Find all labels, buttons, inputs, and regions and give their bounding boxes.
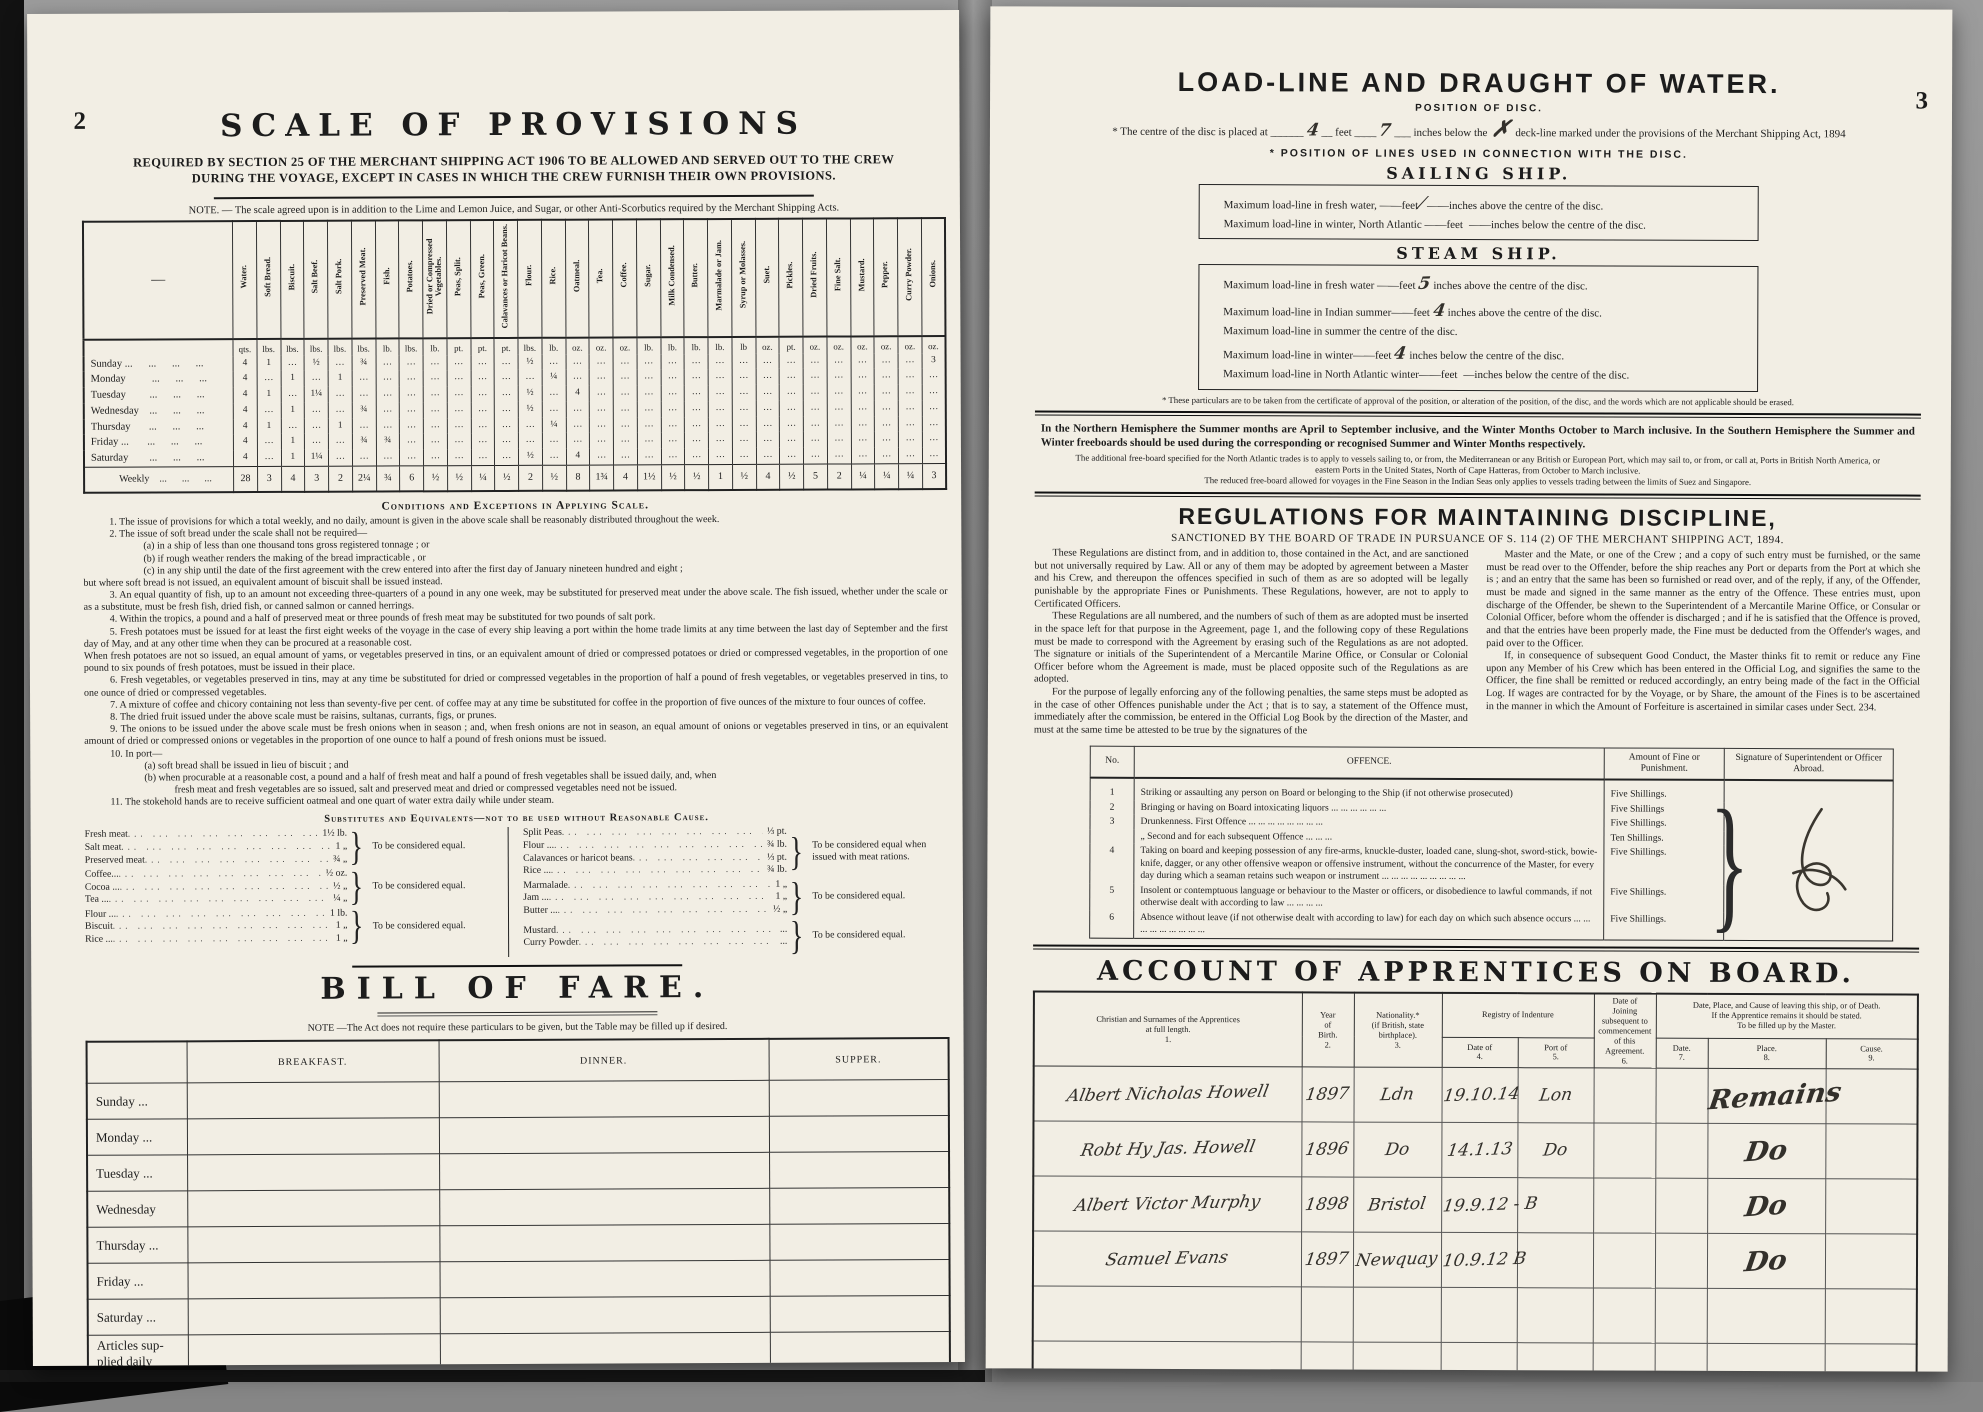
provision-cell: … xyxy=(779,401,803,417)
fine-amount: Five Shillings. xyxy=(1604,912,1724,940)
apprentice-birth-year xyxy=(1301,1287,1353,1342)
provision-cell: … xyxy=(352,371,376,387)
bill-of-fare-table: BREAKFAST. DINNER. SUPPER. Sunday ... xyxy=(86,1037,951,1366)
provision-column-label: Salt Beef. xyxy=(311,260,320,294)
apprentice-nationality xyxy=(1353,1343,1441,1372)
weekly-total-cell: 2 xyxy=(827,464,851,490)
bill-day-label: Friday ... xyxy=(88,1263,188,1299)
provision-cell: … xyxy=(637,354,661,370)
provision-cell: 1 xyxy=(257,387,281,403)
leave-date xyxy=(1655,1344,1707,1372)
provision-column-label: Oatmeal. xyxy=(573,259,582,292)
condition-paragraph: 9. The onions to be issued under the abo… xyxy=(84,720,948,748)
provision-unit-cell: lb. xyxy=(684,337,708,354)
substitute-value: ¾ lb. xyxy=(763,864,787,877)
offence-number: 2 xyxy=(1090,801,1134,816)
substitute-item: Marmalade1 „ xyxy=(523,878,787,892)
provision-cell: … xyxy=(922,416,946,432)
provision-cell: … xyxy=(423,449,447,465)
page-loadline-discipline-apprentices: 3 LOAD-LINE AND DRAUGHT OF WATER. POSITI… xyxy=(986,6,1953,1371)
substitute-item: Fresh meat1½ lb. xyxy=(85,828,348,842)
loadline-text: Maximum load-line in Indian summer——feet xyxy=(1223,306,1430,319)
provision-cell: 1 xyxy=(328,418,352,434)
leave-place: Do xyxy=(1707,1234,1825,1289)
provision-cell: … xyxy=(494,386,518,402)
provision-cell: … xyxy=(756,353,780,369)
breakfast-entry-cell xyxy=(187,1154,439,1191)
provision-cell: … xyxy=(661,448,685,464)
provision-cell: … xyxy=(756,448,780,464)
provision-cell: … xyxy=(328,403,352,419)
provision-cell: … xyxy=(352,418,376,434)
handwritten-name: Robt Hy Jas. Howell xyxy=(1079,1137,1257,1161)
substitute-value: 1½ lb. xyxy=(318,828,347,841)
weekly-total-cell: 2 xyxy=(519,465,543,491)
bill-of-fare-row: Saturday ... xyxy=(88,1296,950,1336)
weekly-total-cell: 6 xyxy=(400,466,424,492)
bill-of-fare-row: Wednesday xyxy=(87,1188,949,1228)
condition-paragraph: 3. An equal quantity of fish, up to an a… xyxy=(84,586,948,614)
provision-cell: … xyxy=(352,387,376,403)
provision-cell: … xyxy=(756,432,780,448)
handwritten-value: 4 xyxy=(1428,297,1450,324)
leave-cause-header: Cause. 9. xyxy=(1826,1038,1918,1069)
provision-cell: … xyxy=(257,434,281,450)
substitute-name: Calavances or haricot beans xyxy=(523,852,633,865)
apprentice-row xyxy=(1033,1286,1917,1344)
page-number: 2 xyxy=(73,108,86,136)
loadline-text: Maximum load-line in winter, North Atlan… xyxy=(1224,218,1463,231)
date-of-joining-header: Date of Joining subsequent to commenceme… xyxy=(1594,994,1656,1069)
substitute-item: Butter ...½ „ xyxy=(523,903,787,917)
indenture-port xyxy=(1517,1288,1593,1343)
loadline-text: inches below the centre of the disc. xyxy=(1409,350,1564,363)
loadline-text: Maximum load-line in fresh water, ——feet xyxy=(1224,199,1418,212)
provision-cell: … xyxy=(613,449,637,465)
regulations-paragraph: Master and the Mate, or one of the Crew … xyxy=(1486,549,1920,652)
loadline-text: —inches below the centre of the disc. xyxy=(1463,369,1629,382)
bill-of-fare-section: BILL OF FARE. NOTE —The Act does not req… xyxy=(85,969,951,1366)
indenture-port xyxy=(1517,1343,1593,1372)
handwritten-inches-value: 7 xyxy=(1375,120,1396,141)
substitute-name: Split Peas xyxy=(523,827,562,840)
provision-column-header: Flour. xyxy=(517,219,541,337)
substitute-name: Cocoa ... xyxy=(85,881,120,894)
offence-description: Absence without leave (if not otherwise … xyxy=(1134,911,1604,940)
book-left-edge xyxy=(0,0,24,1382)
apprentice-name: Robt Hy Jas. Howell xyxy=(1033,1121,1301,1177)
provision-cell: 1 xyxy=(281,371,305,387)
provision-cell: ¼ xyxy=(542,417,566,433)
handwritten-date: 19.9.12 - B xyxy=(1441,1194,1538,1217)
equivalence-note: To be considered equal. xyxy=(806,929,949,941)
units-row-label xyxy=(83,339,233,357)
indenture-date: 14.1.13 xyxy=(1441,1123,1517,1178)
substitute-name: Coffee... xyxy=(85,869,119,882)
provision-cell: … xyxy=(376,450,400,466)
provision-cell: … xyxy=(780,416,804,432)
provision-cell: … xyxy=(685,417,709,433)
leave-place xyxy=(1707,1344,1825,1372)
dinner-entry-cell xyxy=(439,1152,769,1189)
conditions-section: Conditions and Exceptions in Applying Sc… xyxy=(83,498,948,809)
meal-column-header: DINNER. xyxy=(439,1039,769,1082)
provision-cell: … xyxy=(376,402,400,418)
provision-unit-cell: oz. xyxy=(589,337,613,354)
provision-cell: … xyxy=(661,417,685,433)
provision-cell: … xyxy=(827,432,851,448)
provision-column-label: Milk Condensed. xyxy=(668,245,677,305)
substitute-name: Flour ... xyxy=(85,908,116,921)
provision-cell: … xyxy=(851,385,875,401)
provision-cell: … xyxy=(922,368,946,384)
apprentice-name: Samuel Evans xyxy=(1033,1231,1301,1287)
provision-column-header: Salt Beef. xyxy=(304,220,328,338)
indenture-port xyxy=(1517,1233,1593,1288)
day-label: Thursday ... ... ... xyxy=(84,419,234,435)
apprentice-row xyxy=(1033,1341,1917,1371)
centre-text: __ feet ____ xyxy=(1321,126,1376,138)
provision-unit-cell: lb. xyxy=(637,337,661,354)
substitute-name: Rice ... xyxy=(523,865,551,878)
provision-cell: … xyxy=(803,353,827,369)
day-label: Friday ... ... ... ... xyxy=(84,435,234,451)
substitute-item: Calavances or haricot beans⅓ pt. xyxy=(523,851,787,865)
signature-header: Signature of Superintendent or Officer A… xyxy=(1724,748,1893,781)
indenture-date: 19.9.12 - B xyxy=(1441,1178,1517,1233)
provision-unit-cell: pt. xyxy=(494,337,518,354)
dinner-entry-cell xyxy=(439,1188,769,1225)
apprentices-table: Christian and Surnames of the Apprentice… xyxy=(1032,991,1919,1372)
signature-cell xyxy=(1724,780,1893,803)
provision-column-label: Flour. xyxy=(525,265,534,286)
provision-column-label: Pepper. xyxy=(881,261,890,288)
provision-cell: … xyxy=(874,384,898,400)
provision-column-label: Calavances or Haricot Beans. xyxy=(501,224,510,329)
provision-unit-cell: lb. xyxy=(375,338,399,355)
supper-entry-cell xyxy=(770,1260,950,1297)
loadline-footnote: * These particulars are to be taken from… xyxy=(1035,394,1921,407)
provision-cell: … xyxy=(281,387,305,403)
provision-cell: ½ xyxy=(518,386,542,402)
provision-cell: … xyxy=(376,355,400,371)
supper-entry-cell xyxy=(770,1296,950,1333)
substitute-item: Split Peas⅓ pt. xyxy=(523,826,787,840)
provision-column-label: Coffee. xyxy=(620,263,629,288)
apprentice-nationality: Do xyxy=(1353,1123,1441,1178)
handwritten-port: Lon xyxy=(1538,1085,1574,1106)
fine-header: Amount of Fine or Punishment. xyxy=(1604,748,1724,781)
centre-text: deck-line marked under the provisions of… xyxy=(1513,127,1846,140)
provision-cell: … xyxy=(305,434,329,450)
loadline-text: inches above the centre of the disc. xyxy=(1433,280,1587,293)
provision-cell: … xyxy=(661,401,685,417)
dot-leader xyxy=(121,841,331,854)
date-of-joining xyxy=(1593,1123,1655,1178)
substitute-value: 1 „ xyxy=(332,932,348,945)
leave-date xyxy=(1655,1124,1707,1179)
provision-cell: … xyxy=(922,431,946,447)
provision-cell: … xyxy=(803,416,827,432)
bill-of-fare-row: Monday ... xyxy=(87,1116,949,1156)
handwritten-feet-value: 4 xyxy=(1302,120,1323,141)
weekly-total-cell: ¼ xyxy=(875,464,899,490)
dot-leader xyxy=(549,891,772,905)
provision-cell: … xyxy=(447,434,471,450)
provisions-header-row: — Water. Soft Bread. Biscuit. Salt Beef.… xyxy=(83,218,946,340)
provision-unit-cell: oz. xyxy=(827,336,851,353)
loadline-entry: Maximum load-line in winter——feet4inches… xyxy=(1223,340,1733,368)
substitute-value: ⅓ pt. xyxy=(763,851,787,864)
bill-day-label: Monday ... xyxy=(87,1119,187,1155)
apprentice-row: Albert Victor Murphy 1898 Bristol 19.9.1… xyxy=(1033,1176,1917,1234)
weekly-total-cell: ¼ xyxy=(471,465,495,491)
offence-number: 1 xyxy=(1090,778,1134,801)
substitute-value: ½ oz. xyxy=(322,868,348,881)
steam-ship-box: Maximum load-line in fresh water ——feet5… xyxy=(1198,264,1758,391)
fine-amount: Five Shillings. xyxy=(1604,780,1724,803)
offence-table-wrap: No. OFFENCE. Amount of Fine or Punishmen… xyxy=(1089,745,1894,941)
provisions-corner-cell: — xyxy=(83,221,233,340)
provision-cell: … xyxy=(590,433,614,449)
substitute-name: Biscuit xyxy=(85,921,113,934)
provision-cell: … xyxy=(376,371,400,387)
substitute-name: Tea ... xyxy=(85,894,109,907)
day-label: Wednesday ... ... ... xyxy=(84,403,234,419)
provision-cell: … xyxy=(708,448,732,464)
provision-cell: … xyxy=(684,385,708,401)
provision-cell: 4 xyxy=(233,387,257,403)
handwritten-name: Albert Victor Murphy xyxy=(1073,1192,1262,1216)
provision-column-header: Water. xyxy=(232,221,256,339)
breakfast-entry-cell xyxy=(188,1262,440,1299)
weekly-total-cell: ½ xyxy=(661,465,685,491)
supper-entry-cell xyxy=(769,1224,949,1261)
loadline-title: LOAD-LINE AND DRAUGHT OF WATER. xyxy=(1036,66,1922,100)
provision-column-label: Sugar. xyxy=(644,264,653,287)
bill-of-fare-row: Thursday ... xyxy=(87,1224,949,1264)
regulations-right-column: Master and the Mate, or one of the Crew … xyxy=(1486,549,1921,740)
provision-cell: … xyxy=(328,387,352,403)
apprentice-nationality: Bristol xyxy=(1353,1178,1441,1233)
provision-cell: … xyxy=(542,386,566,402)
provision-cell: … xyxy=(447,355,471,371)
fine-amount: Five Shillings. xyxy=(1604,817,1724,832)
offence-description: „ Second and for each subsequent Offence… xyxy=(1134,830,1604,846)
provision-cell: … xyxy=(732,432,756,448)
provision-cell: … xyxy=(922,447,946,463)
dot-leader xyxy=(116,907,326,920)
names-header: Christian and Surnames of the Apprentice… xyxy=(1034,992,1302,1068)
indenture-port: Lon xyxy=(1517,1068,1593,1123)
provision-cell: … xyxy=(423,371,447,387)
dot-leader xyxy=(558,903,769,916)
provision-cell: … xyxy=(495,449,519,465)
dot-leader xyxy=(562,826,763,839)
provision-column-label: Suet. xyxy=(763,266,772,284)
provision-cell: … xyxy=(613,386,637,402)
provision-cell: … xyxy=(257,450,281,466)
conditions-heading: Conditions and Exceptions in Applying Sc… xyxy=(83,498,947,514)
signature-flourish xyxy=(1773,803,1853,933)
provision-cell: … xyxy=(471,370,495,386)
nationality-header: Nationality.* (if British, state birthpl… xyxy=(1354,993,1442,1068)
provision-column-label: Peas, Green. xyxy=(478,254,487,298)
offence-description: Bringing or having on Board intoxicating… xyxy=(1134,801,1604,817)
provision-cell: … xyxy=(423,386,447,402)
position-of-lines-heading: * POSITION OF LINES USED IN CONNECTION W… xyxy=(1036,146,1922,161)
registry-date-header: Date of 4. xyxy=(1442,1037,1518,1068)
provision-cell: … xyxy=(518,370,542,386)
provision-cell: … xyxy=(590,449,614,465)
divider-rule xyxy=(1035,410,1921,419)
provision-cell: … xyxy=(637,433,661,449)
provision-column-header: Onions. xyxy=(921,218,945,336)
provision-cell: … xyxy=(875,432,899,448)
provision-column-label: Fish. xyxy=(383,268,392,285)
offence-description: Taking on board and keeping possession o… xyxy=(1134,844,1604,885)
provision-column-label: Biscuit. xyxy=(288,264,297,291)
apprentice-name: Albert Victor Murphy xyxy=(1033,1176,1301,1232)
provision-column-label: Pickles. xyxy=(786,261,795,288)
handwritten-port: Do xyxy=(1542,1140,1569,1161)
substitute-item: Tea ...¼ „ xyxy=(85,893,348,907)
weekly-total-cell: ¼ xyxy=(899,464,923,490)
provision-cell: … xyxy=(423,402,447,418)
provision-unit-cell: oz. xyxy=(755,336,779,353)
substitute-item: Cocoa ...½ „ xyxy=(85,880,348,894)
provision-cell: … xyxy=(399,387,423,403)
weekly-total-cell: ½ xyxy=(780,464,804,490)
provision-column-label: Soft Bread. xyxy=(264,257,273,297)
provision-cell: … xyxy=(257,403,281,419)
leaving-header: Date, Place, and Cause of leaving this s… xyxy=(1656,994,1918,1039)
apprentice-nationality xyxy=(1353,1288,1441,1343)
bill-of-fare-header-row: BREAKFAST. DINNER. SUPPER. xyxy=(87,1038,949,1083)
provision-cell: … xyxy=(803,448,827,464)
provision-cell: … xyxy=(732,385,756,401)
provision-cell: ½ xyxy=(518,449,542,465)
handwritten-date: 14.1.13 xyxy=(1445,1139,1513,1161)
provision-column-label: Preserved Meat. xyxy=(359,248,368,306)
offence-row: 1 Striking or assaulting any person on B… xyxy=(1090,778,1893,803)
substitute-group: Split Peas⅓ pt. Flour ...¾ lb. Calavance… xyxy=(523,825,949,877)
provision-cell: ¾ xyxy=(352,355,376,371)
weekly-total-cell: 1 xyxy=(709,464,733,490)
provision-cell: … xyxy=(827,448,851,464)
handwritten-leave-place: Do xyxy=(1743,1245,1789,1279)
blank-header-cell xyxy=(87,1042,187,1084)
provision-cell: … xyxy=(922,400,946,416)
provision-cell: 4 xyxy=(566,386,590,402)
provision-cell: 4 xyxy=(233,356,257,372)
supper-entry-cell xyxy=(769,1188,949,1225)
provision-cell: 4 xyxy=(566,449,590,465)
provision-cell: … xyxy=(827,416,851,432)
dot-leader xyxy=(113,920,332,933)
substitute-value: ¼ „ xyxy=(329,893,347,906)
provision-cell: … xyxy=(257,371,281,387)
substitute-value: ... xyxy=(776,936,787,949)
page-subtitle: REQUIRED BY SECTION 25 OF THE MERCHANT S… xyxy=(112,151,916,187)
provision-cell: … xyxy=(590,401,614,417)
provision-cell: … xyxy=(851,369,875,385)
weekly-total-cell: ½ xyxy=(685,465,709,491)
substitute-value: 1 „ xyxy=(771,891,787,904)
substitute-group: Fresh meat1½ lb. Salt meat1 „ Preserved … xyxy=(85,827,509,866)
provision-cell: … xyxy=(780,432,804,448)
provision-cell: 1 xyxy=(257,356,281,372)
provision-cell: … xyxy=(779,353,803,369)
provision-cell: … xyxy=(732,417,756,433)
provision-cell: … xyxy=(495,418,519,434)
provision-unit-cell: pt. xyxy=(447,338,471,355)
provision-column-label: Fine Salt. xyxy=(834,258,843,292)
apprentice-birth-year xyxy=(1301,1342,1353,1371)
provision-column-header: Dried or Compressed Vegetables. xyxy=(422,220,446,338)
dinner-entry-cell xyxy=(439,1116,769,1153)
provision-column-header: Peas, Green. xyxy=(470,220,494,338)
supper-entry-cell xyxy=(769,1116,949,1153)
offence-description: Drunkenness. First Offence ... ... ... .… xyxy=(1134,815,1604,831)
provision-cell: … xyxy=(685,401,709,417)
provision-cell: … xyxy=(566,354,590,370)
provision-column-header: Soft Bread. xyxy=(256,220,280,338)
provision-cell: … xyxy=(328,355,352,371)
substitute-name: Flour ... xyxy=(523,840,554,853)
substitutes-left-column: Fresh meat1½ lb. Salt meat1 „ Preserved … xyxy=(85,827,509,959)
leave-date xyxy=(1655,1234,1707,1289)
provision-cell: … xyxy=(637,401,661,417)
leave-cause xyxy=(1825,1179,1917,1234)
provision-cell: … xyxy=(542,402,566,418)
brace-glyph: } xyxy=(790,833,804,869)
leave-cause xyxy=(1825,1344,1917,1371)
apprentice-name xyxy=(1033,1286,1301,1342)
day-label: Tuesday ... ... ... xyxy=(84,387,234,403)
breakfast-entry-cell xyxy=(187,1190,439,1227)
provision-cell: … xyxy=(542,449,566,465)
provision-cell: ½ xyxy=(518,354,542,370)
provision-cell: … xyxy=(732,369,756,385)
bill-day-label: Thursday ... xyxy=(87,1227,187,1263)
apprentices-title: ACCOUNT OF APPRENTICES ON BOARD. xyxy=(1033,956,1919,990)
provision-cell: … xyxy=(637,417,661,433)
meal-column-header: SUPPER. xyxy=(769,1038,949,1080)
provision-column-label: Tea. xyxy=(596,268,605,283)
brace-glyph: } xyxy=(350,829,364,865)
handwritten-leave-place: Do xyxy=(1743,1135,1789,1169)
loadline-text: Maximum load-line in North Atlantic wint… xyxy=(1223,369,1457,382)
provision-cell: … xyxy=(851,448,875,464)
regulations-body: These Regulations are distinct from, and… xyxy=(1034,548,1921,741)
provision-cell: … xyxy=(589,386,613,402)
provision-column-header: Pickles. xyxy=(779,218,803,336)
provision-cell: 1 xyxy=(257,419,281,435)
provision-cell: … xyxy=(305,418,329,434)
weekly-label: Weekly ... ... ... xyxy=(84,467,234,493)
provision-cell: … xyxy=(803,400,827,416)
provision-cell: … xyxy=(304,371,328,387)
substitute-item: Jam ...1 „ xyxy=(523,891,787,905)
loadline-text: inches above the centre of the disc. xyxy=(1448,307,1602,320)
provision-cell: … xyxy=(494,370,518,386)
page-scale-of-provisions: 2 SCALE OF PROVISIONS REQUIRED BY SECTIO… xyxy=(27,10,965,1366)
substitute-group: Flour ...1 lb. Biscuit1 „ Rice ...1 „ } … xyxy=(85,907,509,946)
substitute-value: ¾ „ xyxy=(329,853,347,866)
provision-unit-cell: lbs. xyxy=(399,338,423,355)
provision-cell: … xyxy=(685,448,709,464)
